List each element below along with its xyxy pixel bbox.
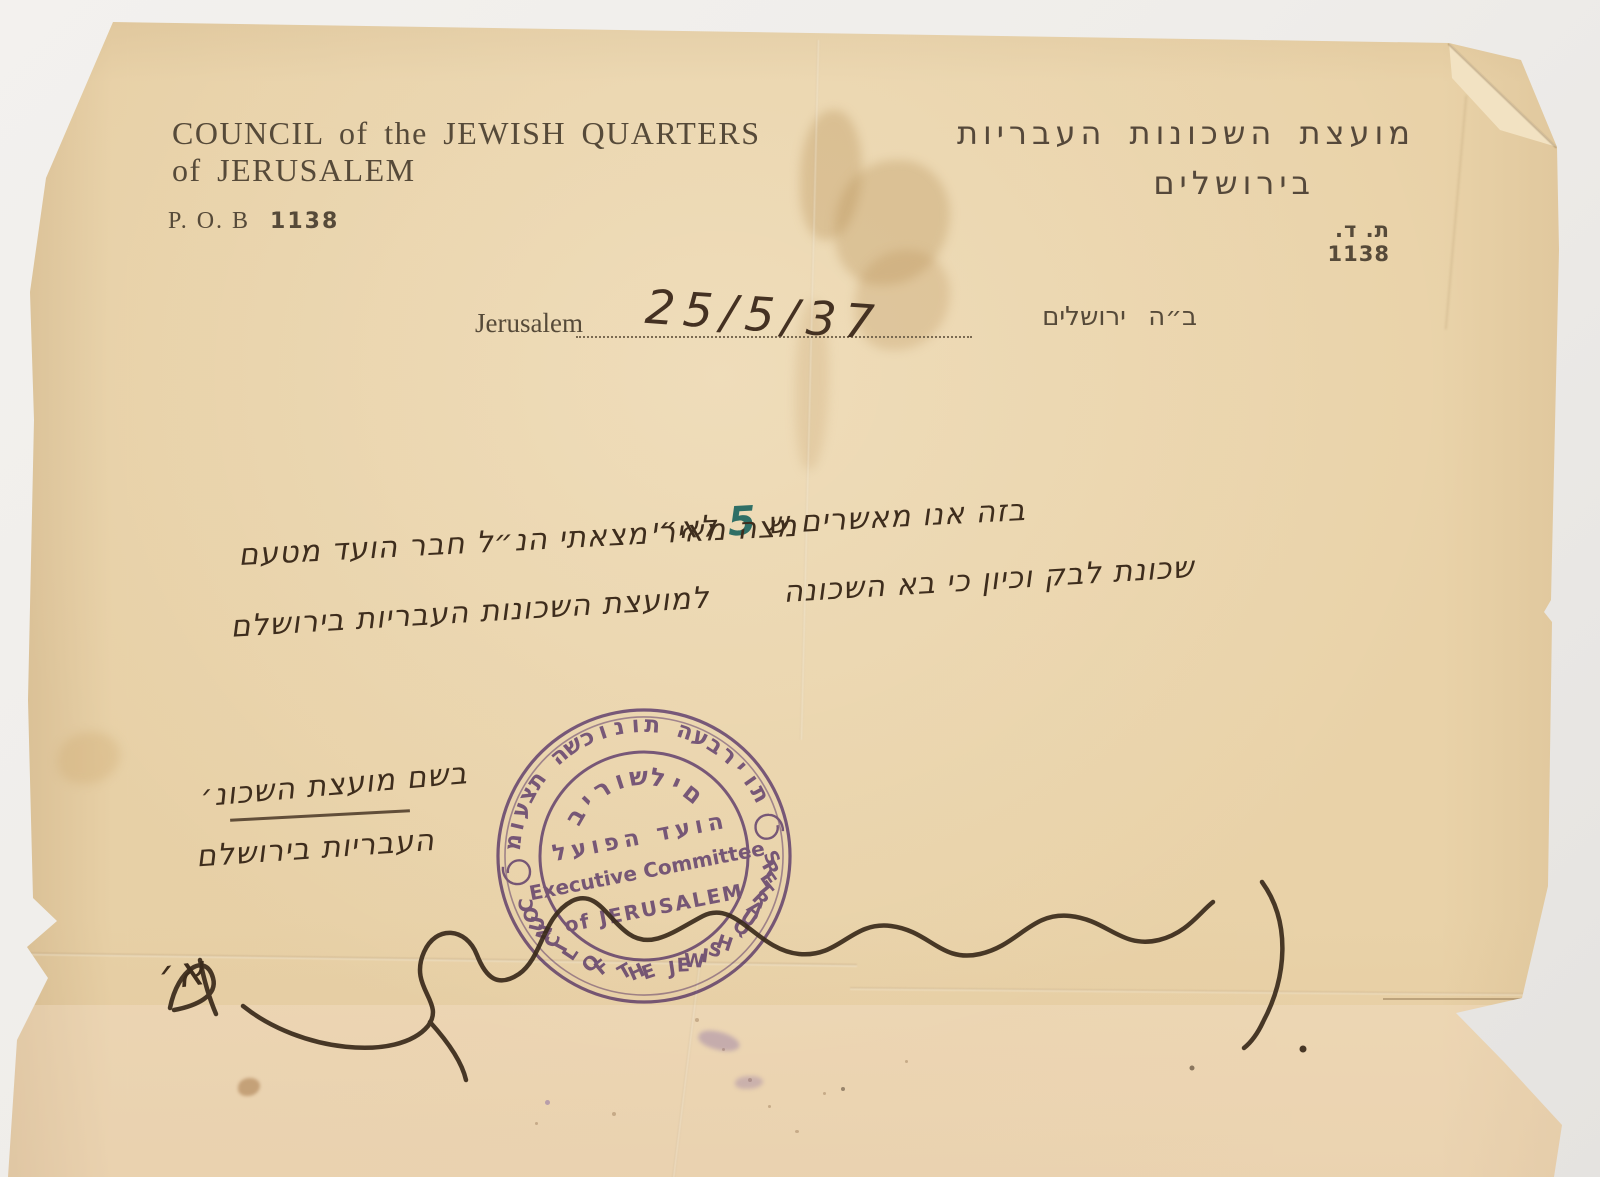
signature-ink <box>0 0 1600 1177</box>
photo-backdrop: COUNCIL of the JEWISH QUARTERS of JERUSA… <box>0 0 1600 1177</box>
signature-dot <box>1300 1046 1307 1053</box>
signature-initial-stroke <box>170 960 216 1014</box>
ink-speck <box>841 1087 845 1091</box>
signature-descender-stroke <box>430 1022 466 1080</box>
ink-speck <box>1190 1066 1195 1071</box>
signature-main-stroke <box>243 898 1213 1048</box>
document-paper: COUNCIL of the JEWISH QUARTERS of JERUSA… <box>0 0 1600 1177</box>
signature-end-stroke <box>1244 882 1282 1048</box>
